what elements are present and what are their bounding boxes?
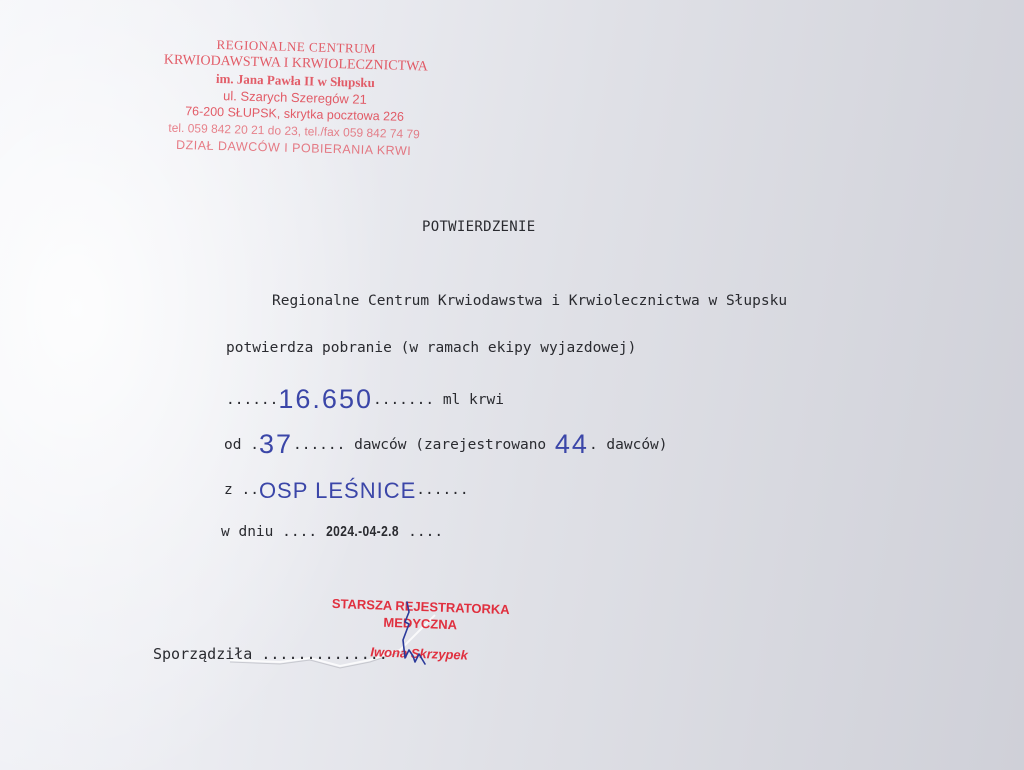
donors-suffix: . dawców) xyxy=(589,437,668,453)
place-line: z ..OSP LEŚNICE...... xyxy=(224,474,469,500)
institution-stamp: REGIONALNE CENTRUM KRWIODAWSTWA I KRWIOL… xyxy=(128,34,461,162)
place-prefix: z xyxy=(224,482,233,498)
dots: .... xyxy=(282,524,317,540)
dots: ...... xyxy=(293,437,345,453)
date-value: 2024.-04-2.8 xyxy=(326,523,399,540)
dots: ....... xyxy=(373,392,434,408)
donors-line: od .37...... dawców (zarejestrowano 44. … xyxy=(224,425,668,456)
place-value: OSP LEŚNICE xyxy=(259,478,416,503)
registrar-stamp: STARSZA REJESTRATORKA MEDYCZNA Iwona Skr… xyxy=(309,594,531,666)
document-title: POTWIERDZENIE xyxy=(422,219,535,235)
body-line-institution: Regionalne Centrum Krwiodawstwa i Krwiol… xyxy=(272,293,787,309)
dots: ...... xyxy=(416,482,468,498)
dots: ...... xyxy=(226,392,278,408)
donor-count: 37 xyxy=(259,429,293,459)
dots: . xyxy=(250,437,259,453)
volume-unit: ml krwi xyxy=(443,392,504,408)
dots: .... xyxy=(408,524,443,540)
dots: .. xyxy=(241,482,258,498)
prepared-by-label: Sporządziła xyxy=(153,645,252,663)
donors-prefix: od xyxy=(224,437,241,453)
registered-count: 44 xyxy=(555,429,589,459)
date-line: w dniu ....2024.-04-2.8.... xyxy=(221,523,443,540)
body-line-confirms: potwierdza pobranie (w ramach ekipy wyja… xyxy=(226,340,636,356)
donors-label: dawców (zarejestrowano xyxy=(354,437,546,453)
volume-line: ......16.650....... ml krwi xyxy=(226,380,504,411)
volume-value: 16.650 xyxy=(278,384,373,414)
date-prefix: w dniu xyxy=(221,524,273,540)
